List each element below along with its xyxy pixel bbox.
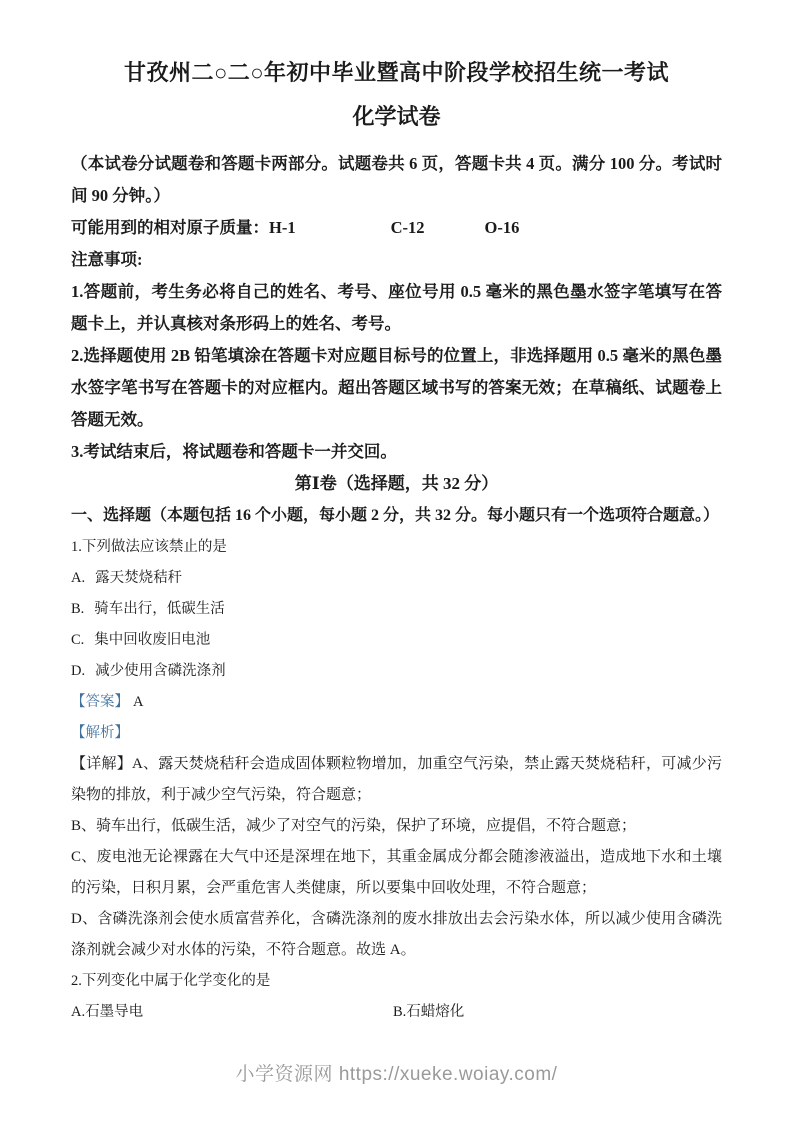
question-1-option-d: D.减少使用含磷洗涤剂 <box>71 656 722 687</box>
detail-paragraph-c: C、废电池无论裸露在大气中还是深埋在地下，其重金属成分都会随渗液溢出，造成地下水… <box>71 842 722 904</box>
question-1-option-b: B.骑车出行，低碳生活 <box>71 594 722 625</box>
atomic-mass-c: C-12 <box>391 212 425 244</box>
footer-watermark: 小学资源网 https://xueke.woiay.com/ <box>0 1062 793 1088</box>
option-b-label: B. <box>71 601 84 617</box>
question-2-options-row: A.石墨导电B.石蜡熔化 <box>71 997 722 1028</box>
option-b-text: 骑车出行，低碳生活 <box>94 601 225 617</box>
option-c-text: 集中回收废旧电池 <box>94 632 210 648</box>
question-1: 1.下列做法应该禁止的是 A.露天焚烧秸秆 B.骑车出行，低碳生活 C.集中回收… <box>71 532 722 966</box>
question-1-option-c: C.集中回收废旧电池 <box>71 625 722 656</box>
notice-heading: 注意事项: <box>71 244 722 276</box>
option-c-label: C. <box>71 632 84 648</box>
notice-item-3: 3.考试结束后，将试题卷和答题卡一并交回。 <box>71 436 722 468</box>
option-b-label: B. <box>393 1004 406 1020</box>
part-1-heading: 第Ⅰ卷（选择题，共 32 分） <box>71 468 722 500</box>
atomic-mass-line: 可能用到的相对原子质量：H-1C-12O-16 <box>71 212 722 244</box>
option-a-text: 露天焚烧秸秆 <box>95 570 182 586</box>
question-2: 2.下列变化中属于化学变化的是 A.石墨导电B.石蜡熔化 <box>71 966 722 1028</box>
answer-value: A <box>133 694 143 710</box>
atomic-mass-h: H-1 <box>269 212 296 244</box>
notice-item-2: 2.选择题使用 2B 铅笔填涂在答题卡对应题目标号的位置上，非选择题用 0.5 … <box>71 340 722 436</box>
exam-instructions-block: （本试卷分试题卷和答题卡两部分。试题卷共 6 页，答题卡共 4 页。满分 100… <box>71 148 722 532</box>
analysis-label: 【解析】 <box>71 725 129 741</box>
analysis-line: 【解析】 <box>71 718 722 749</box>
section-1-heading: 一、选择题（本题包括 16 个小题，每小题 2 分，共 32 分。每小题只有一个… <box>71 500 722 532</box>
detail-paragraph-a: 【详解】A、露天焚烧秸秆会造成固体颗粒物增加，加重空气污染，禁止露天焚烧秸秆，可… <box>71 749 722 811</box>
atomic-mass-o: O-16 <box>485 212 520 244</box>
detail-label: 【详解】 <box>71 756 132 772</box>
paper-info: （本试卷分试题卷和答题卡两部分。试题卷共 6 页，答题卡共 4 页。满分 100… <box>71 148 722 212</box>
detail-text-a: A、露天焚烧秸秆会造成固体颗粒物增加，加重空气污染，禁止露天焚烧秸秆，可减少污染… <box>71 756 722 803</box>
option-b-text: 石蜡熔化 <box>406 1004 464 1020</box>
answer-label: 【答案】 <box>71 694 129 710</box>
answer-line: 【答案】A <box>71 687 722 718</box>
question-2-option-a: A.石墨导电 <box>71 997 393 1028</box>
atomic-mass-label: 可能用到的相对原子质量： <box>71 218 269 237</box>
exam-document-page: 甘孜州二○二○年初中毕业暨高中阶段学校招生统一考试 化学试卷 （本试卷分试题卷和… <box>0 0 793 1122</box>
option-d-text: 减少使用含磷洗涤剂 <box>95 663 226 679</box>
question-2-stem: 2.下列变化中属于化学变化的是 <box>71 966 722 997</box>
question-2-option-b: B.石蜡熔化 <box>393 997 715 1028</box>
question-1-option-a: A.露天焚烧秸秆 <box>71 563 722 594</box>
option-a-label: A. <box>71 570 85 586</box>
detail-paragraph-b: B、骑车出行，低碳生活，减少了对空气的污染，保护了环境，应提倡，不符合题意； <box>71 811 722 842</box>
exam-title: 甘孜州二○二○年初中毕业暨高中阶段学校招生统一考试 <box>71 58 722 88</box>
option-d-label: D. <box>71 663 85 679</box>
paper-subject-title: 化学试卷 <box>71 102 722 132</box>
detail-paragraph-d: D、含磷洗涤剂会使水质富营养化，含磷洗涤剂的废水排放出去会污染水体，所以减少使用… <box>71 904 722 966</box>
option-a-text: 石墨导电 <box>85 1004 143 1020</box>
notice-item-1: 1.答题前，考生务必将自己的姓名、考号、座位号用 0.5 毫米的黑色墨水签字笔填… <box>71 276 722 340</box>
option-a-label: A. <box>71 1004 85 1020</box>
question-1-stem: 1.下列做法应该禁止的是 <box>71 532 722 563</box>
